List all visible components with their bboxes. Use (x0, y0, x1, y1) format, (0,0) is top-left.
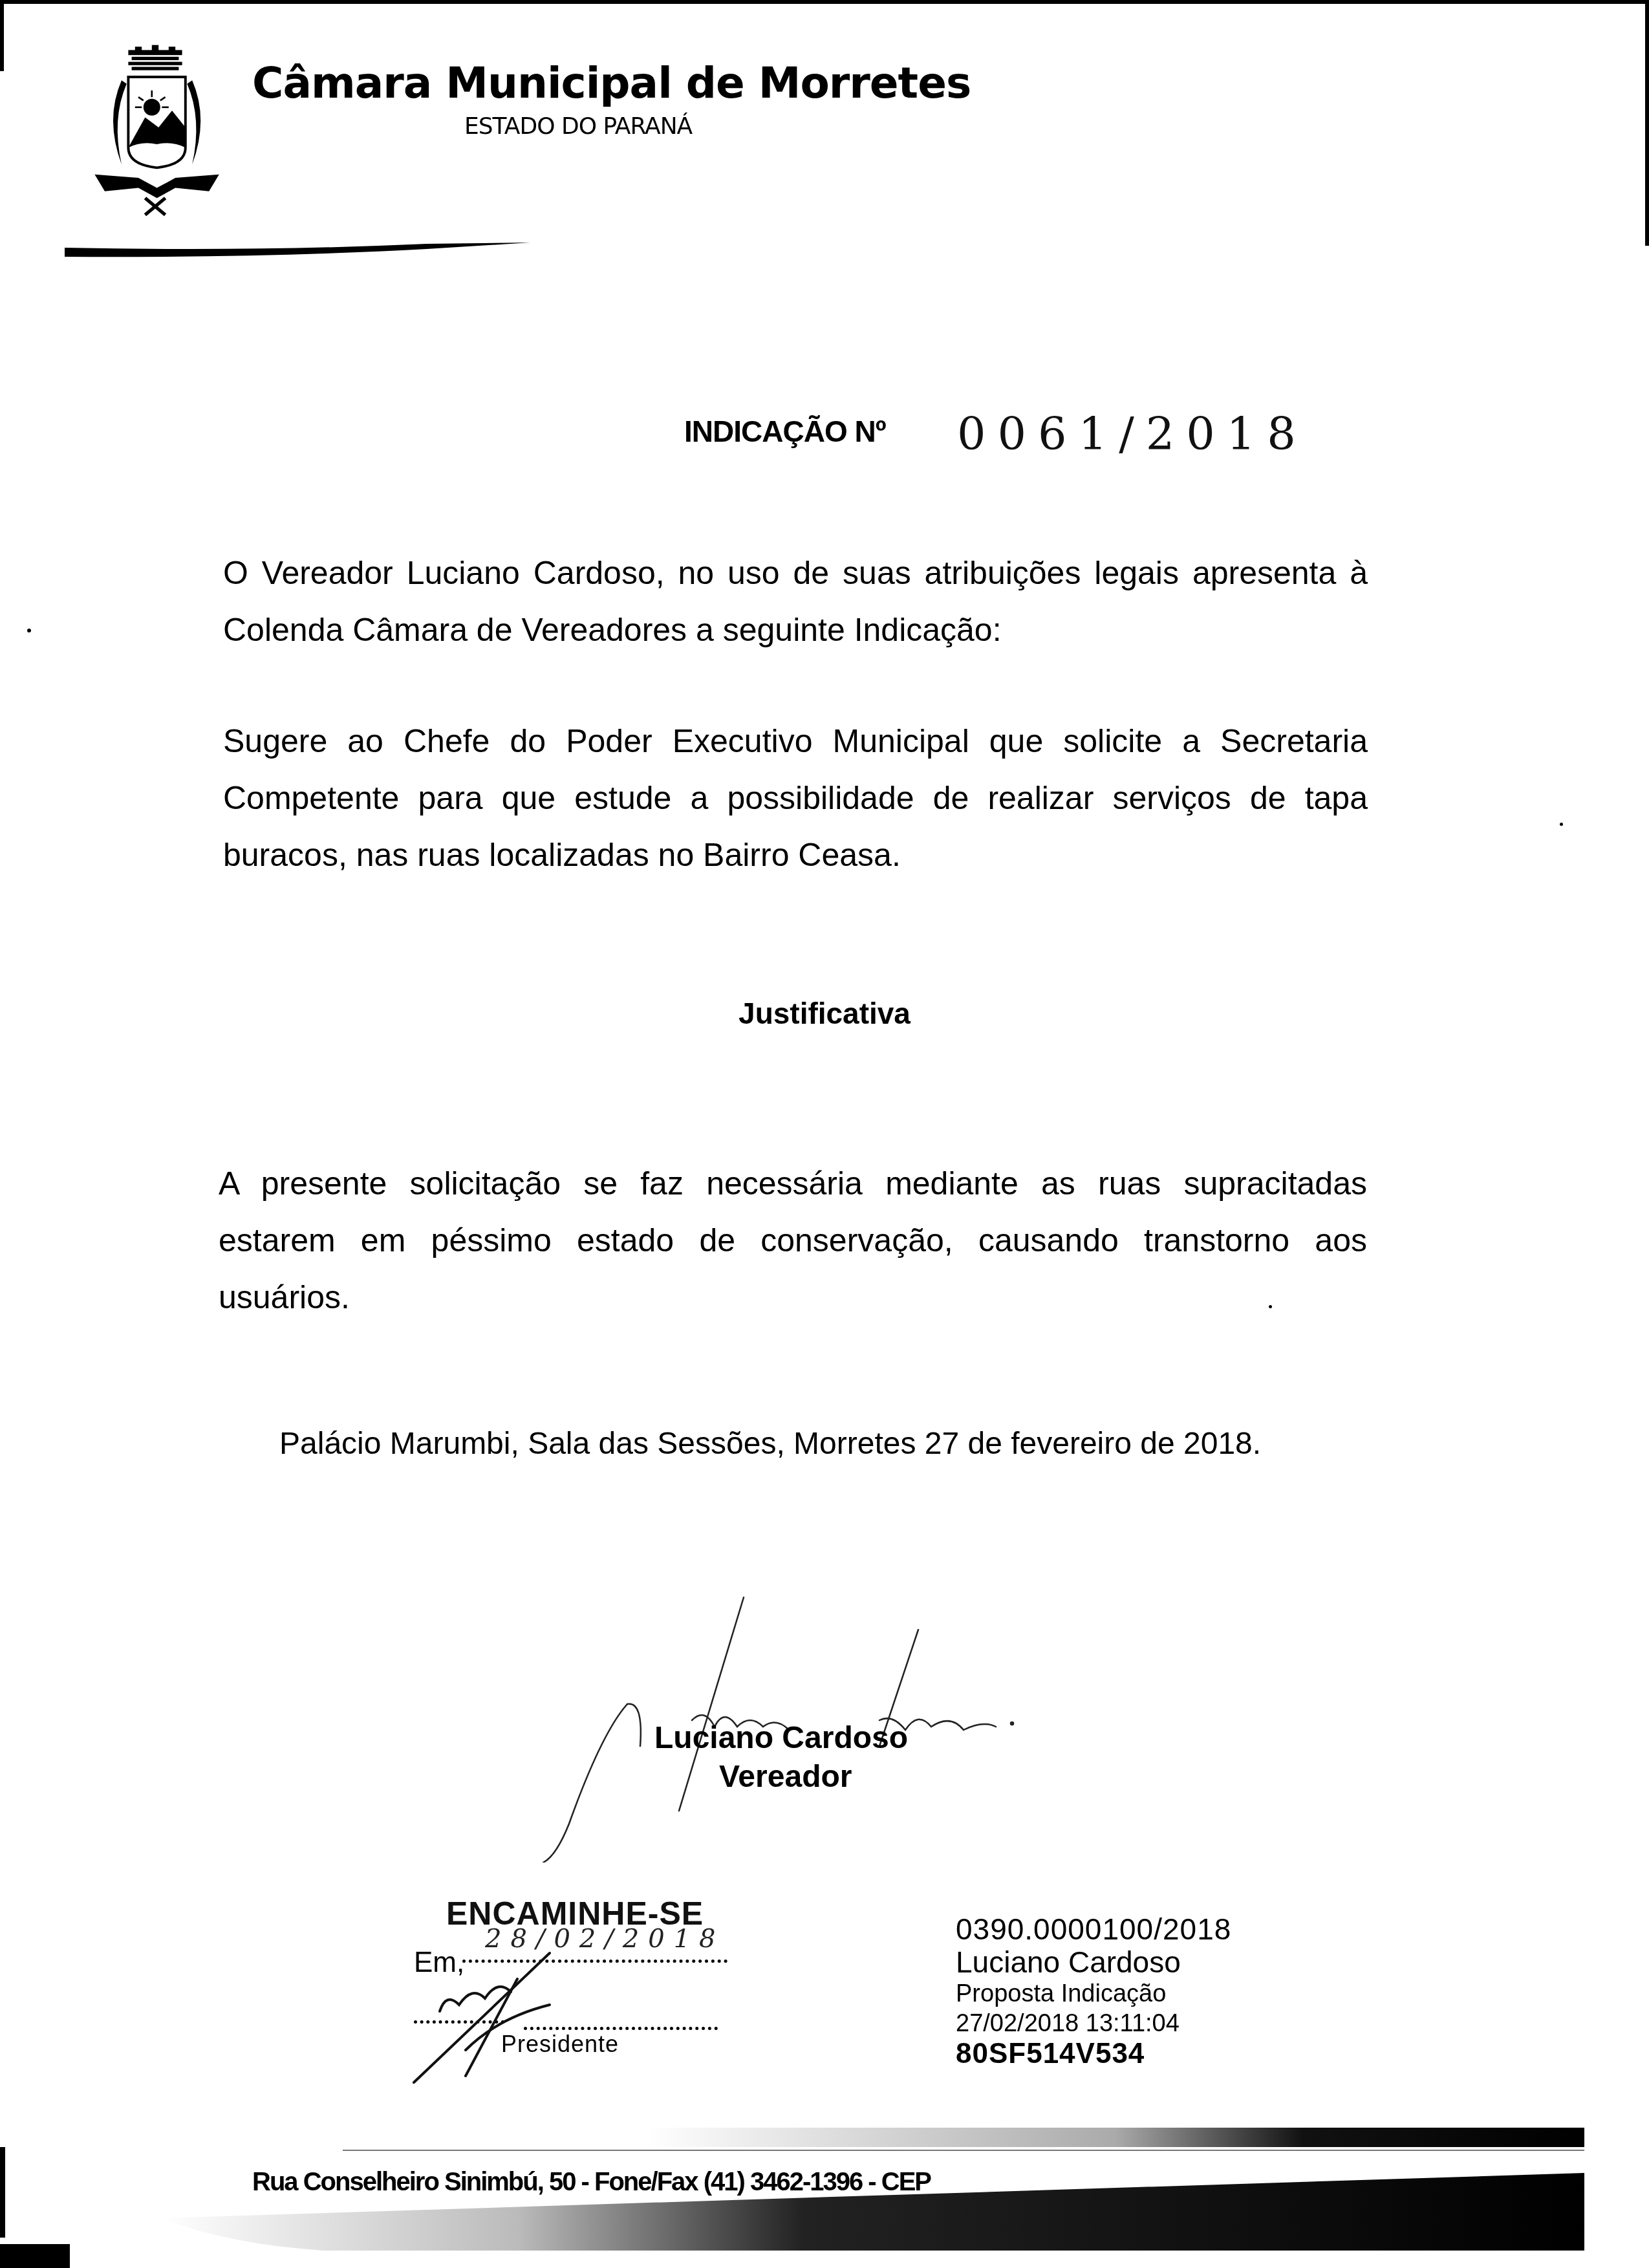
scan-border-right (1645, 0, 1649, 246)
scan-speck (1269, 1305, 1272, 1308)
letterhead-swoosh-rule (65, 243, 530, 268)
protocol-number: 0390.0000100/2018 (956, 1913, 1231, 1945)
document-type-label: INDICAÇÃO Nº (684, 414, 885, 449)
municipal-coat-of-arms-icon (71, 42, 239, 230)
document-number-stamp: 0061/2018 (957, 407, 1308, 460)
scan-edge-corner (0, 2244, 70, 2268)
organization-subtitle: ESTADO DO PARANÁ (464, 113, 692, 140)
justification-paragraph: A presente solicitação se faz necessária… (219, 1155, 1367, 1326)
signer-name: Luciano Cardoso (654, 1720, 908, 1756)
scan-border-top (0, 0, 1649, 4)
scan-border-left (0, 0, 4, 71)
protocol-label: 0390.0000100/2018 Luciano Cardoso Propos… (956, 1913, 1231, 2069)
letterhead: Câmara Municipal de Morretes ESTADO DO P… (65, 36, 970, 230)
footer-address: Rua Conselheiro Sinimbú, 50 - Fone/Fax (… (252, 2168, 931, 2197)
signer-role: Vereador (719, 1759, 852, 1795)
closing-place-date: Palácio Marumbi, Sala das Sessões, Morre… (279, 1426, 1261, 1462)
intro-paragraph: O Vereador Luciano Cardoso, no uso de su… (223, 545, 1368, 658)
suggestion-paragraph: Sugere ao Chefe do Poder Executivo Munic… (223, 713, 1368, 883)
protocol-datetime: 27/02/2018 13:11:04 (956, 2009, 1231, 2038)
scan-edge-left (0, 2147, 5, 2238)
president-signature (401, 1940, 634, 2089)
protocol-code: 80SF514V534 (956, 2038, 1231, 2069)
justification-heading: Justificativa (0, 996, 1649, 1031)
organization-title: Câmara Municipal de Morretes (252, 58, 971, 108)
protocol-type: Proposta Indicação (956, 1979, 1231, 2009)
scan-speck (1560, 823, 1563, 826)
scan-speck (27, 629, 31, 632)
protocol-author: Luciano Cardoso (956, 1945, 1231, 1979)
